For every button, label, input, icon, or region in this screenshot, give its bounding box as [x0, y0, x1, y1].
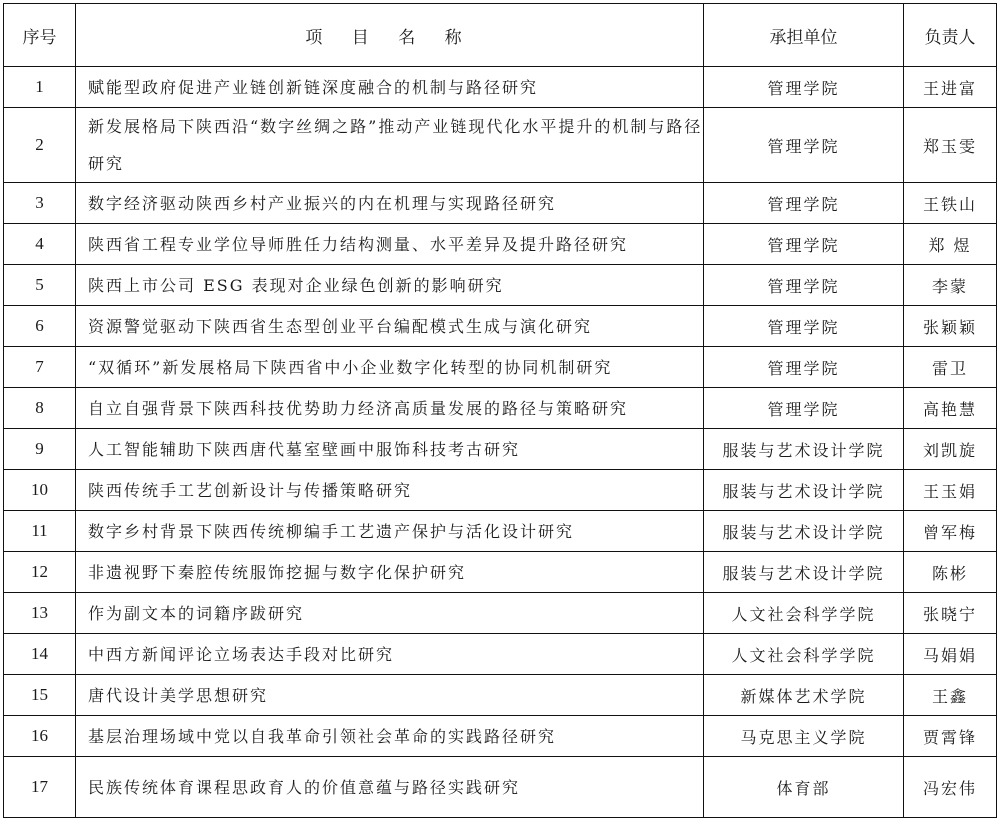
- row-project-name: 唐代设计美学思想研究: [76, 675, 704, 716]
- row-no: 11: [4, 511, 76, 552]
- header-unit: 承担单位: [704, 4, 904, 67]
- row-unit: 服装与艺术设计学院: [704, 470, 904, 511]
- row-lead: 张晓宁: [904, 593, 997, 634]
- row-lead: 雷卫: [904, 347, 997, 388]
- row-no: 4: [4, 224, 76, 265]
- row-project-name: 基层治理场域中党以自我革命引领社会革命的实践路径研究: [76, 716, 704, 757]
- row-no: 10: [4, 470, 76, 511]
- row-unit: 体育部: [704, 757, 904, 818]
- table-row: 11 数字乡村背景下陕西传统柳编手工艺遗产保护与活化设计研究 服装与艺术设计学院…: [4, 511, 997, 552]
- row-project-name: 陕西上市公司 ESG 表现对企业绿色创新的影响研究: [76, 265, 704, 306]
- table-row: 13 作为副文本的词籍序跋研究 人文社会科学学院 张晓宁: [4, 593, 997, 634]
- header-lead: 负责人: [904, 4, 997, 67]
- row-unit: 管理学院: [704, 108, 904, 183]
- row-unit: 管理学院: [704, 306, 904, 347]
- row-no: 14: [4, 634, 76, 675]
- row-project-name: “双循环”新发展格局下陕西省中小企业数字化转型的协同机制研究: [76, 347, 704, 388]
- row-project-name: 数字乡村背景下陕西传统柳编手工艺遗产保护与活化设计研究: [76, 511, 704, 552]
- row-unit: 人文社会科学学院: [704, 593, 904, 634]
- row-lead: 郑 煜: [904, 224, 997, 265]
- row-lead: 王玉娟: [904, 470, 997, 511]
- row-lead: 高艳慧: [904, 388, 997, 429]
- row-unit: 管理学院: [704, 67, 904, 108]
- row-project-name: 作为副文本的词籍序跋研究: [76, 593, 704, 634]
- row-project-name: 中西方新闻评论立场表达手段对比研究: [76, 634, 704, 675]
- row-no: 1: [4, 67, 76, 108]
- header-no: 序号: [4, 4, 76, 67]
- row-unit: 管理学院: [704, 347, 904, 388]
- table-row: 7 “双循环”新发展格局下陕西省中小企业数字化转型的协同机制研究 管理学院 雷卫: [4, 347, 997, 388]
- row-project-name: 新发展格局下陕西沿“数字丝绸之路”推动产业链现代化水平提升的机制与路径研究: [76, 108, 704, 183]
- table-row: 1 赋能型政府促进产业链创新链深度融合的机制与路径研究 管理学院 王进富: [4, 67, 997, 108]
- row-unit: 服装与艺术设计学院: [704, 552, 904, 593]
- row-project-name: 陕西省工程专业学位导师胜任力结构测量、水平差异及提升路径研究: [76, 224, 704, 265]
- table-row: 10 陕西传统手工艺创新设计与传播策略研究 服装与艺术设计学院 王玉娟: [4, 470, 997, 511]
- row-project-name: 赋能型政府促进产业链创新链深度融合的机制与路径研究: [76, 67, 704, 108]
- row-unit: 管理学院: [704, 388, 904, 429]
- row-no: 9: [4, 429, 76, 470]
- row-no: 12: [4, 552, 76, 593]
- row-lead: 陈彬: [904, 552, 997, 593]
- table-row: 2 新发展格局下陕西沿“数字丝绸之路”推动产业链现代化水平提升的机制与路径研究 …: [4, 108, 997, 183]
- row-no: 5: [4, 265, 76, 306]
- table-row: 5 陕西上市公司 ESG 表现对企业绿色创新的影响研究 管理学院 李蒙: [4, 265, 997, 306]
- table-header-row: 序号 项 目 名 称 承担单位 负责人: [4, 4, 997, 67]
- row-lead: 马娟娟: [904, 634, 997, 675]
- table-row: 14 中西方新闻评论立场表达手段对比研究 人文社会科学学院 马娟娟: [4, 634, 997, 675]
- table-row: 4 陕西省工程专业学位导师胜任力结构测量、水平差异及提升路径研究 管理学院 郑 …: [4, 224, 997, 265]
- row-project-name: 非遗视野下秦腔传统服饰挖掘与数字化保护研究: [76, 552, 704, 593]
- table-row: 3 数字经济驱动陕西乡村产业振兴的内在机理与实现路径研究 管理学院 王铁山: [4, 183, 997, 224]
- header-project-name: 项 目 名 称: [76, 4, 704, 67]
- row-no: 3: [4, 183, 76, 224]
- row-lead: 张颖颖: [904, 306, 997, 347]
- row-no: 17: [4, 757, 76, 818]
- row-lead: 冯宏伟: [904, 757, 997, 818]
- row-unit: 新媒体艺术学院: [704, 675, 904, 716]
- table-row: 6 资源警觉驱动下陕西省生态型创业平台编配模式生成与演化研究 管理学院 张颖颖: [4, 306, 997, 347]
- row-no: 8: [4, 388, 76, 429]
- table-row: 17 民族传统体育课程思政育人的价值意蕴与路径实践研究 体育部 冯宏伟: [4, 757, 997, 818]
- row-lead: 王铁山: [904, 183, 997, 224]
- row-lead: 李蒙: [904, 265, 997, 306]
- table-row: 16 基层治理场域中党以自我革命引领社会革命的实践路径研究 马克思主义学院 贾霄…: [4, 716, 997, 757]
- row-no: 7: [4, 347, 76, 388]
- row-unit: 服装与艺术设计学院: [704, 511, 904, 552]
- row-project-name: 资源警觉驱动下陕西省生态型创业平台编配模式生成与演化研究: [76, 306, 704, 347]
- row-no: 13: [4, 593, 76, 634]
- row-lead: 王鑫: [904, 675, 997, 716]
- table-row: 12 非遗视野下秦腔传统服饰挖掘与数字化保护研究 服装与艺术设计学院 陈彬: [4, 552, 997, 593]
- row-lead: 刘凯旋: [904, 429, 997, 470]
- table-row: 8 自立自强背景下陕西科技优势助力经济高质量发展的路径与策略研究 管理学院 高艳…: [4, 388, 997, 429]
- row-lead: 曾军梅: [904, 511, 997, 552]
- row-unit: 管理学院: [704, 224, 904, 265]
- table-body: 1 赋能型政府促进产业链创新链深度融合的机制与路径研究 管理学院 王进富 2 新…: [4, 67, 997, 818]
- row-no: 6: [4, 306, 76, 347]
- row-unit: 管理学院: [704, 265, 904, 306]
- row-lead: 郑玉雯: [904, 108, 997, 183]
- row-unit: 服装与艺术设计学院: [704, 429, 904, 470]
- row-project-name: 自立自强背景下陕西科技优势助力经济高质量发展的路径与策略研究: [76, 388, 704, 429]
- row-unit: 管理学院: [704, 183, 904, 224]
- row-no: 2: [4, 108, 76, 183]
- table-row: 9 人工智能辅助下陕西唐代墓室壁画中服饰科技考古研究 服装与艺术设计学院 刘凯旋: [4, 429, 997, 470]
- row-unit: 人文社会科学学院: [704, 634, 904, 675]
- row-project-name: 人工智能辅助下陕西唐代墓室壁画中服饰科技考古研究: [76, 429, 704, 470]
- row-project-name: 数字经济驱动陕西乡村产业振兴的内在机理与实现路径研究: [76, 183, 704, 224]
- row-unit: 马克思主义学院: [704, 716, 904, 757]
- row-no: 16: [4, 716, 76, 757]
- row-lead: 王进富: [904, 67, 997, 108]
- row-project-name: 民族传统体育课程思政育人的价值意蕴与路径实践研究: [76, 757, 704, 818]
- table-row: 15 唐代设计美学思想研究 新媒体艺术学院 王鑫: [4, 675, 997, 716]
- row-lead: 贾霄锋: [904, 716, 997, 757]
- row-no: 15: [4, 675, 76, 716]
- project-table: 序号 项 目 名 称 承担单位 负责人 1 赋能型政府促进产业链创新链深度融合的…: [3, 3, 997, 818]
- row-project-name: 陕西传统手工艺创新设计与传播策略研究: [76, 470, 704, 511]
